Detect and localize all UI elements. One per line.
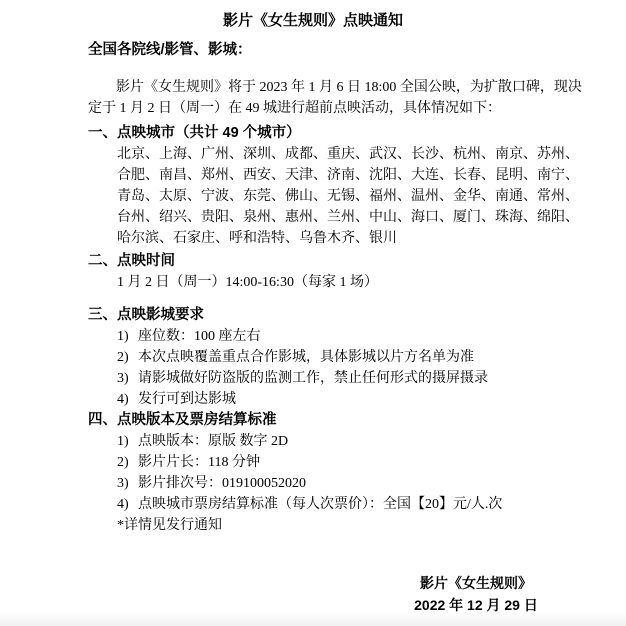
signature: 影片《女生规则》 xyxy=(376,572,576,594)
section-3-heading: 三、点映影城要求 xyxy=(88,305,568,326)
version-settlement-list: 1)点映版本：原版 数字 2D 2)影片片长：118 分钟 3)影片排次号：01… xyxy=(88,431,568,515)
list-number: 4) xyxy=(117,389,138,410)
cinema-requirements-list: 1)座位数：100 座左右 2)本次点映覆盖重点合作影城，具体影城以片方名单为准… xyxy=(88,326,568,410)
section-1-heading: 一、点映城市（共计 49 个城市） xyxy=(88,123,568,144)
document-title: 影片《女生规则》点映通知 xyxy=(0,10,626,31)
list-item: 2)本次点映覆盖重点合作影城，具体影城以片方名单为准 xyxy=(117,347,568,368)
list-number: 4) xyxy=(117,494,138,515)
list-item-text: 座位数：100 座左右 xyxy=(138,329,261,344)
list-item-text: 本次点映覆盖重点合作影城，具体影城以片方名单为准 xyxy=(138,350,474,365)
list-item-text: 影片片长：118 分钟 xyxy=(138,455,260,470)
list-number: 3) xyxy=(117,368,138,389)
list-number: 1) xyxy=(117,326,138,347)
intro-paragraph: 影片《女生规则》将于 2023 年 1 月 6 日 18:00 全国公映，为扩散… xyxy=(88,77,568,119)
footnote: *详情见发行通知 xyxy=(117,515,568,536)
intro-line-1: 影片《女生规则》将于 2023 年 1 月 6 日 18:00 全国公映，为扩散… xyxy=(88,77,568,98)
city-line-5: 哈尔滨、石家庄、呼和浩特、乌鲁木齐、银川 xyxy=(117,228,568,249)
notice-page: 影片《女生规则》点映通知 全国各院线/影管、影城： 影片《女生规则》将于 202… xyxy=(0,0,626,626)
list-number: 2) xyxy=(117,452,138,473)
list-item: 1)座位数：100 座左右 xyxy=(117,326,568,347)
salutation: 全国各院线/影管、影城： xyxy=(88,40,568,61)
list-item: 3)请影城做好防盗版的监测工作，禁止任何形式的摄屏摄录 xyxy=(117,368,568,389)
list-item-text: 点映城市票房结算标准（每人次票价）：全国【20】元/人.次 xyxy=(138,497,502,512)
screening-time: 1 月 2 日（周一）14:00-16:30（每家 1 场） xyxy=(117,272,568,293)
city-list: 北京、上海、广州、深圳、成都、重庆、武汉、长沙、杭州、南京、苏州、 合肥、南昌、… xyxy=(88,144,568,249)
list-number: 1) xyxy=(117,431,138,452)
city-line-2: 合肥、南昌、郑州、西安、天津、济南、沈阳、大连、长春、昆明、南宁、 xyxy=(117,165,568,186)
list-item-text: 发行可到达影城 xyxy=(138,392,236,407)
list-item: 1)点映版本：原版 数字 2D xyxy=(117,431,568,452)
list-item: 4)点映城市票房结算标准（每人次票价）：全国【20】元/人.次 xyxy=(117,494,568,515)
city-line-1: 北京、上海、广州、深圳、成都、重庆、武汉、长沙、杭州、南京、苏州、 xyxy=(117,144,568,165)
list-item-text: 请影城做好防盗版的监测工作，禁止任何形式的摄屏摄录 xyxy=(138,371,488,386)
page-bottom-strip xyxy=(0,612,626,626)
list-item: 3)影片排次号：019100052020 xyxy=(117,473,568,494)
list-item: 4)发行可到达影城 xyxy=(117,389,568,410)
signature-block: 影片《女生规则》 2022 年 12 月 29 日 xyxy=(376,572,576,616)
list-number: 3) xyxy=(117,473,138,494)
intro-line-2: 定于 1 月 2 日（周一）在 49 城进行超前点映活动，具体情况如下： xyxy=(88,98,568,119)
list-item-text: 点映版本：原版 数字 2D xyxy=(138,434,288,449)
city-line-3: 青岛、太原、宁波、东莞、佛山、无锡、福州、温州、金华、南通、常州、 xyxy=(117,186,568,207)
section-4-heading: 四、点映版本及票房结算标准 xyxy=(88,410,568,431)
notice-document: 影片《女生规则》点映通知 全国各院线/影管、影城： 影片《女生规则》将于 202… xyxy=(0,0,626,616)
list-item: 2)影片片长：118 分钟 xyxy=(117,452,568,473)
city-line-4: 台州、绍兴、贵阳、泉州、惠州、兰州、中山、海口、厦门、珠海、绵阳、 xyxy=(117,207,568,228)
list-number: 2) xyxy=(117,347,138,368)
section-2-heading: 二、点映时间 xyxy=(88,251,568,272)
list-item-text: 影片排次号：019100052020 xyxy=(138,476,306,491)
